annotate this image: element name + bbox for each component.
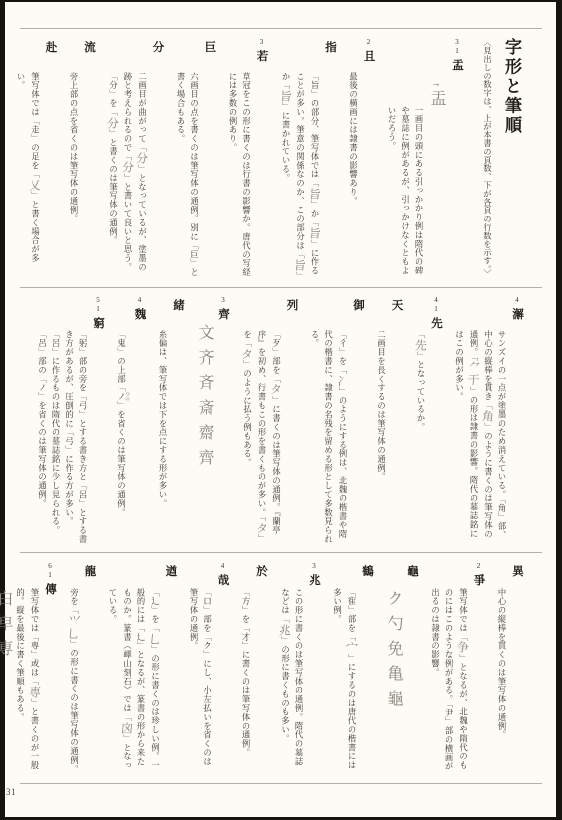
entry-御: 御「彳」を「冫」のようにする例は、北魏の楷書や隋代の楷書に、隷書の名残を留める形…	[308, 296, 368, 544]
handwritten-inline-form: 旨	[277, 90, 292, 103]
entry-龜: 龜ク勺免亀龜	[383, 562, 421, 774]
entry-heading-column: 分	[149, 38, 167, 280]
entry-heading-column: 列	[283, 296, 301, 544]
entry-heading-column: 巨	[201, 38, 219, 280]
entry-body-text: 二画目を長くするのは筆写体の通例。	[374, 296, 388, 544]
entry-number: 2	[365, 38, 373, 47]
entry-先: 41先「先」となっているか。	[413, 296, 446, 544]
entry-body-text: 「口」部を「ク」にし、小左払いを省くのは筆写体の通例。	[187, 562, 214, 774]
entry-heading-column: 天	[388, 296, 406, 544]
entry-headword: 巨	[204, 41, 216, 54]
handwritten-inline-form: 冫	[334, 375, 349, 388]
entry-body-text: 筆写体では「走」の足を「乂」と書く場合が多い。	[14, 38, 42, 280]
entry-body-text: サンズイの一点が塗墨のため消えている。「角」部、中心の縦棒を貫き「角」のように書…	[452, 296, 508, 544]
entry-headword: 魏	[134, 308, 146, 321]
handwritten-inline-form: タ	[253, 522, 268, 535]
body-text-run: 六画目の点を書くのは筆写体の通例。別に「巨」と書く場合もある。	[176, 72, 199, 277]
entry-若: 3若草冠をこの形に書くのは行書の影響か。唐代の写経には多数の例あり。	[226, 38, 271, 280]
entry-headword: 齊	[217, 308, 229, 321]
entry-headword: 盂	[451, 59, 463, 72]
handwritten-inline-form: 旨	[306, 188, 321, 201]
entry-異: 異中心の縦棒を貫くのは筆写体の通例。	[495, 562, 527, 774]
entry-heading-column: 3若	[253, 38, 271, 280]
handwritten-variants-column: ク勺免亀龜	[383, 562, 403, 774]
body-text-run: 」と書くのは筆写体の通例。	[109, 129, 118, 245]
entry-headword: 流	[83, 41, 95, 54]
body-text-run: 最後の横画には隷書の影響あり。	[349, 72, 358, 206]
entry-heading-column: 赴	[42, 38, 60, 280]
entry-heading-column: 4澥	[508, 296, 526, 544]
entry-headword: 緒	[172, 299, 184, 312]
entry-headword: 指	[324, 41, 336, 54]
entry-body-text: 「躬」部の旁を「弓」とする書き方と「呂」とする書き方があるが、圧倒的に「弓」に作…	[35, 296, 89, 544]
entry-body-text: 「辶」を「乚」の形に書くのは珍しい例。一般的には「辶」となるが、篆書の形から来た…	[106, 562, 162, 774]
entry-heading-column: 遒	[162, 562, 180, 774]
section-bottom: 異中心の縦棒を貫くのは筆写体の通例。2爭筆写体では「争」となるが、北魏や隋代のも…	[0, 562, 526, 774]
entry-heading-column: 於	[252, 562, 270, 774]
handwritten-inline-form: 旨	[291, 259, 306, 272]
entry-headword: 龜	[406, 565, 418, 578]
body-text-run: 「躬」部の旁を「弓」とする書き方と「呂」とする書き方があるが、圧倒的に「弓」に作…	[38, 330, 88, 544]
entry-headword: 且	[363, 50, 375, 63]
divider-rule-top	[20, 28, 542, 29]
body-text-run: 」の形に書くものも多い。	[281, 636, 290, 743]
arrow-right-icon: →	[431, 78, 441, 88]
entry-heading-column: 51窮	[89, 296, 107, 544]
entry-heading-column: 4哉	[214, 562, 232, 774]
page-subtitle: 〈見出しの数字は、上が本書の頁数、下が各頁の行数を示す。〉	[482, 38, 493, 280]
body-text-run: 一画目の頭にある引っかかり例は隋代の碑や墓誌に例があるが、引っかけなくともよいだ…	[387, 106, 423, 275]
entry-body-text: 「歹」部を「タ」に書くのは筆写体の通例。『蘭亭序』を初め、行書もこの形を書くもの…	[239, 296, 283, 544]
entry-number: 3	[258, 38, 266, 47]
entry-body-text: 中心の縦棒を貫くのは筆写体の通例。	[495, 562, 509, 774]
entry-哉: 4哉「口」部を「ク」にし、小左払いを省くのは筆写体の通例。	[187, 562, 232, 774]
entry-headword: 先	[430, 317, 442, 330]
entry-heading-column: 2且	[360, 38, 378, 280]
entry-headword: 異	[511, 565, 523, 578]
scan-edge-top	[0, 0, 562, 2]
entry-heading-column: 2爭	[470, 562, 488, 774]
entry-headword: 兆	[308, 574, 320, 587]
entry-赴: 赴筆写体では「走」の足を「乂」と書く場合が多い。	[14, 38, 60, 280]
entry-headword: 哉	[217, 574, 229, 587]
entry-body-text: 六画目の点を書くのは筆写体の通例。別に「巨」と書く場合もある。	[174, 38, 201, 280]
entry-body-text: 筆写体では「争」となるが、北魏や隋代のものにはこのような例がある。「尹」部の横画…	[428, 562, 470, 774]
handwritten-inline-form: タ	[267, 383, 282, 396]
page-title: 字形と筆順	[499, 38, 524, 280]
divider-rule-third	[20, 552, 542, 553]
body-text-run: 草冠をこの形に書くのは行書の影響か。唐代の写経には多数の例あり。	[228, 72, 251, 277]
entry-headword: 傳	[44, 583, 56, 596]
entry-傳: 61傳筆写体では「専」或は「専」と書くのが一般的。縦を最後に書く筆順もある。白皁…	[0, 562, 59, 774]
entry-heading-column: 指	[321, 38, 339, 280]
handwritten-inline-form: 争	[454, 641, 469, 654]
entry-齊: 3齊文齐斉斎齋齊	[194, 296, 232, 544]
entry-number: 3	[310, 562, 318, 571]
body-text-run: 二画目を長くするのは筆写体の通例。	[377, 330, 386, 481]
entry-headword: 天	[391, 299, 403, 312]
entry-heading-column: 31盂	[448, 38, 466, 280]
entry-body-text: 最後の横画には隷書の影響あり。	[346, 38, 360, 280]
entry-天: 天二画目を長くするのは筆写体の通例。	[374, 296, 406, 544]
entry-number: 31	[453, 38, 461, 56]
entry-headword: 澥	[511, 308, 523, 321]
entry-number: 2	[475, 562, 483, 571]
body-text-run: 「旨」の部分、筆写体では「	[310, 72, 319, 188]
entry-headword: 分	[152, 41, 164, 54]
body-text-run: 」か「	[310, 200, 319, 227]
body-text-run: 」を省くのは筆写体の通例。	[117, 401, 126, 517]
handwritten-variants-column: 文齐斉斎齋齊	[194, 296, 214, 544]
entry-body-text: 糸偏は、筆写体では下を点にする形が多い。	[156, 296, 170, 544]
entry-number: 61	[46, 562, 54, 580]
entry-兆: 3兆この形に書くのは筆写体の通例。隋代の墓誌などは「兆」の形に書くものも多い。	[277, 562, 323, 774]
divider-rule-bottom	[20, 783, 542, 784]
section-middle: 4澥サンズイの一点が塗墨のため消えている。「角」部、中心の縦棒を貫き「角」のよう…	[28, 296, 526, 544]
entry-遒: 遒「辶」を「乚」の形に書くのは珍しい例。一般的には「辶」となるが、篆書の形から来…	[106, 562, 180, 774]
body-text-run: 筆写体では「専」或は「	[30, 588, 39, 686]
handwritten-inline-form: ⺍乚	[65, 615, 81, 640]
entry-盂: 31盂→盂一画目の頭にある引っかかり例は隋代の碑や墓誌に例があるが、引っかけなく…	[385, 38, 467, 280]
body-text-run: 旁上部の点を省くのは筆写体の通例。	[69, 72, 78, 223]
handwritten-inline-form: ⺈干	[464, 361, 480, 386]
entry-於: 於「方」を「才」に書くのは筆写体の通例。	[239, 562, 271, 774]
handwritten-inline-form: 宀	[343, 641, 358, 654]
entry-headword: 御	[352, 299, 364, 312]
section-top: 字形と筆順 〈見出しの数字は、上が本書の頁数、下が各頁の行数を示す。〉 31盂→…	[7, 38, 527, 280]
page-number: 31	[6, 787, 16, 797]
entry-鶴: 鶴「寉」部を「宀」にするのは唐代の楷書には多い例。	[330, 562, 376, 774]
body-text-run: 筆写体では「	[459, 588, 468, 641]
scanned-book-page: { "page": { "number": "31", "title": "字形…	[0, 0, 562, 820]
entry-body-text: 一画目の頭にある引っかかり例は隋代の碑や墓誌に例があるが、引っかけなくともよいだ…	[385, 38, 426, 280]
body-text-run: 「口」部を「ク」にし、小左払いを省くのは筆写体の通例。	[189, 588, 212, 766]
entry-巨: 巨六画目の点を書くのは筆写体の通例。別に「巨」と書く場合もある。	[174, 38, 219, 280]
entry-number: 4	[219, 562, 227, 571]
entry-body-text: 「鬼」の上部「ノつの」を省くのは筆写体の通例。	[114, 296, 131, 544]
entry-headword: 鶴	[361, 565, 373, 578]
entry-流: 流旁上部の点を省くのは筆写体の通例。	[67, 38, 99, 280]
entry-指: 指「旨」の部分、筆写体では「旨」か「旨」に作ることが多い。筆意の関係なのか、この…	[278, 38, 340, 280]
entry-number: 51	[94, 296, 102, 314]
body-text-run: 筆写体では「走」の足を「	[31, 72, 40, 179]
body-text-run: 」に書かれている。	[281, 102, 290, 182]
body-text-run: 「彳」を「	[338, 330, 347, 375]
entry-澥: 4澥サンズイの一点が塗墨のため消えている。「角」部、中心の縦棒を貫き「角」のよう…	[452, 296, 526, 544]
entry-headword: 遒	[165, 565, 177, 578]
entry-窮: 51窮「躬」部の旁を「弓」とする書き方と「呂」とする書き方があるが、圧倒的に「弓…	[35, 296, 107, 544]
entry-headword: 窮	[92, 317, 104, 330]
entry-headword: 龍	[84, 565, 96, 578]
entry-heading-column: 61傳	[41, 562, 59, 774]
ruby-annotated-run: ノつの	[117, 392, 126, 401]
entry-body-text: 「旨」の部分、筆写体では「旨」か「旨」に作ることが多い。筆意の関係なのか、この部…	[278, 38, 322, 280]
entry-魏: 4魏「鬼」の上部「ノつの」を省くのは筆写体の通例。	[114, 296, 149, 544]
scan-edge-right	[556, 0, 562, 820]
entry-number: 4	[136, 296, 144, 305]
handwritten-inline-form: 乚	[146, 633, 161, 646]
entry-body-text: 旁を「⺍乚」の形に書くのは筆写体の通例。	[66, 562, 81, 774]
entry-龍: 龍旁を「⺍乚」の形に書くのは筆写体の通例。	[66, 562, 99, 774]
entry-heading-column: 龍	[81, 562, 99, 774]
handwritten-form-column: →盂	[425, 38, 448, 280]
body-text-run: 「辶」を「	[151, 588, 160, 633]
handwritten-variants-column: 白皁専	[0, 562, 13, 774]
body-text-run: 二画目が曲がって「	[138, 72, 147, 152]
entry-body-text: この形に書くのは筆写体の通例。隋代の墓誌などは「兆」の形に書くものも多い。	[277, 562, 305, 774]
handwritten-inline-form: 乂	[26, 179, 41, 192]
handwritten-inline-form: 分	[133, 152, 148, 165]
entry-headword: 赴	[45, 41, 57, 54]
body-text-run: 「鬼」の上部「	[117, 330, 126, 392]
entry-緒: 緒糸偏は、筆写体では下を点にする形が多い。	[156, 296, 188, 544]
entry-heading-column: 御	[349, 296, 367, 544]
entry-body-text: 草冠をこの形に書くのは行書の影響か。唐代の写経には多数の例あり。	[226, 38, 253, 280]
handwritten-inline-form: 旨	[306, 227, 321, 240]
entry-body-text: 「方」を「才」に書くのは筆写体の通例。	[239, 562, 253, 774]
entry-heading-column: 3兆	[305, 562, 323, 774]
body-text-run: 中心の縦棒を貫くのは筆写体の通例。	[497, 588, 506, 739]
handwritten-inline-form: 先	[412, 339, 427, 352]
body-text-run: 「方」を「才」に書くのは筆写体の通例。	[241, 588, 250, 757]
entry-body-text: 「寉」部を「宀」にするのは唐代の楷書には多い例。	[330, 562, 358, 774]
handwritten-inline-form: 兆	[276, 624, 291, 637]
entry-number: 4	[513, 296, 521, 305]
entry-heading-column: 3齊	[214, 296, 232, 544]
entry-分: 分二画目が曲がって「分」となっているが、塗墨の跡と考えられるので「分」と書いて良…	[105, 38, 167, 280]
entry-body-text: 旁上部の点を省くのは筆写体の通例。	[67, 38, 81, 280]
entry-body-text: 二画目が曲がって「分」となっているが、塗墨の跡と考えられるので「分」と書いて良い…	[105, 38, 149, 280]
entry-headword: 於	[255, 565, 267, 578]
body-text-run: 糸偏は、筆写体では下を点にする形が多い。	[158, 330, 167, 508]
entry-headword: 列	[286, 299, 298, 312]
handwritten-form: 盂	[428, 90, 445, 106]
entry-heading-column: 異	[508, 562, 526, 774]
entry-且: 2且最後の横画には隷書の影響あり。	[346, 38, 378, 280]
entry-heading-column: 流	[80, 38, 98, 280]
entry-heading-column: 緒	[169, 296, 187, 544]
body-text-run: 「歹」部を「	[272, 330, 281, 383]
body-text-run: 」のように払う例もある。	[243, 360, 252, 467]
entry-number: 3	[219, 296, 227, 305]
entry-number: 41	[432, 296, 440, 314]
entry-body-text: 筆写体では「専」或は「専」と書くのが一般的。縦を最後に書く筆順もある。	[13, 562, 41, 774]
body-text-run: 「寉」部を「	[347, 588, 356, 641]
entry-heading-column: 41先	[427, 296, 445, 544]
divider-rule-second	[20, 287, 542, 288]
entry-body-text: 「先」となっているか。	[413, 296, 428, 544]
handwritten-inline-form: 分	[104, 117, 119, 130]
entry-爭: 2爭筆写体では「争」となるが、北魏や隋代のものにはこのような例がある。「尹」部の…	[428, 562, 488, 774]
handwritten-inline-form: 分	[119, 161, 134, 174]
body-text-run: 「	[416, 330, 425, 339]
entry-heading-column: 4魏	[131, 296, 149, 544]
entry-headword: 若	[256, 50, 268, 63]
handwritten-inline-form: 専	[26, 686, 41, 699]
handwritten-inline-form: タ	[238, 348, 253, 361]
entry-列: 列「歹」部を「タ」に書くのは筆写体の通例。『蘭亭序』を初め、行書もこの形を書くも…	[239, 296, 301, 544]
handwritten-inline-form: 角	[479, 410, 494, 423]
entry-body-text: 「彳」を「冫」のようにする例は、北魏の楷書や隋代の楷書に、隷書の名残を留める形と…	[308, 296, 350, 544]
entry-headword: 爭	[473, 574, 485, 587]
entry-heading-column: 龜	[403, 562, 421, 774]
body-text-run: 」となっているか。	[416, 352, 425, 432]
body-text-run: 」の形に書くのは筆写体の通例。	[70, 640, 79, 774]
handwritten-inline-form: 囟	[118, 722, 133, 735]
body-text-run: 旁を「	[70, 588, 79, 615]
entry-heading-column: 鶴	[358, 562, 376, 774]
